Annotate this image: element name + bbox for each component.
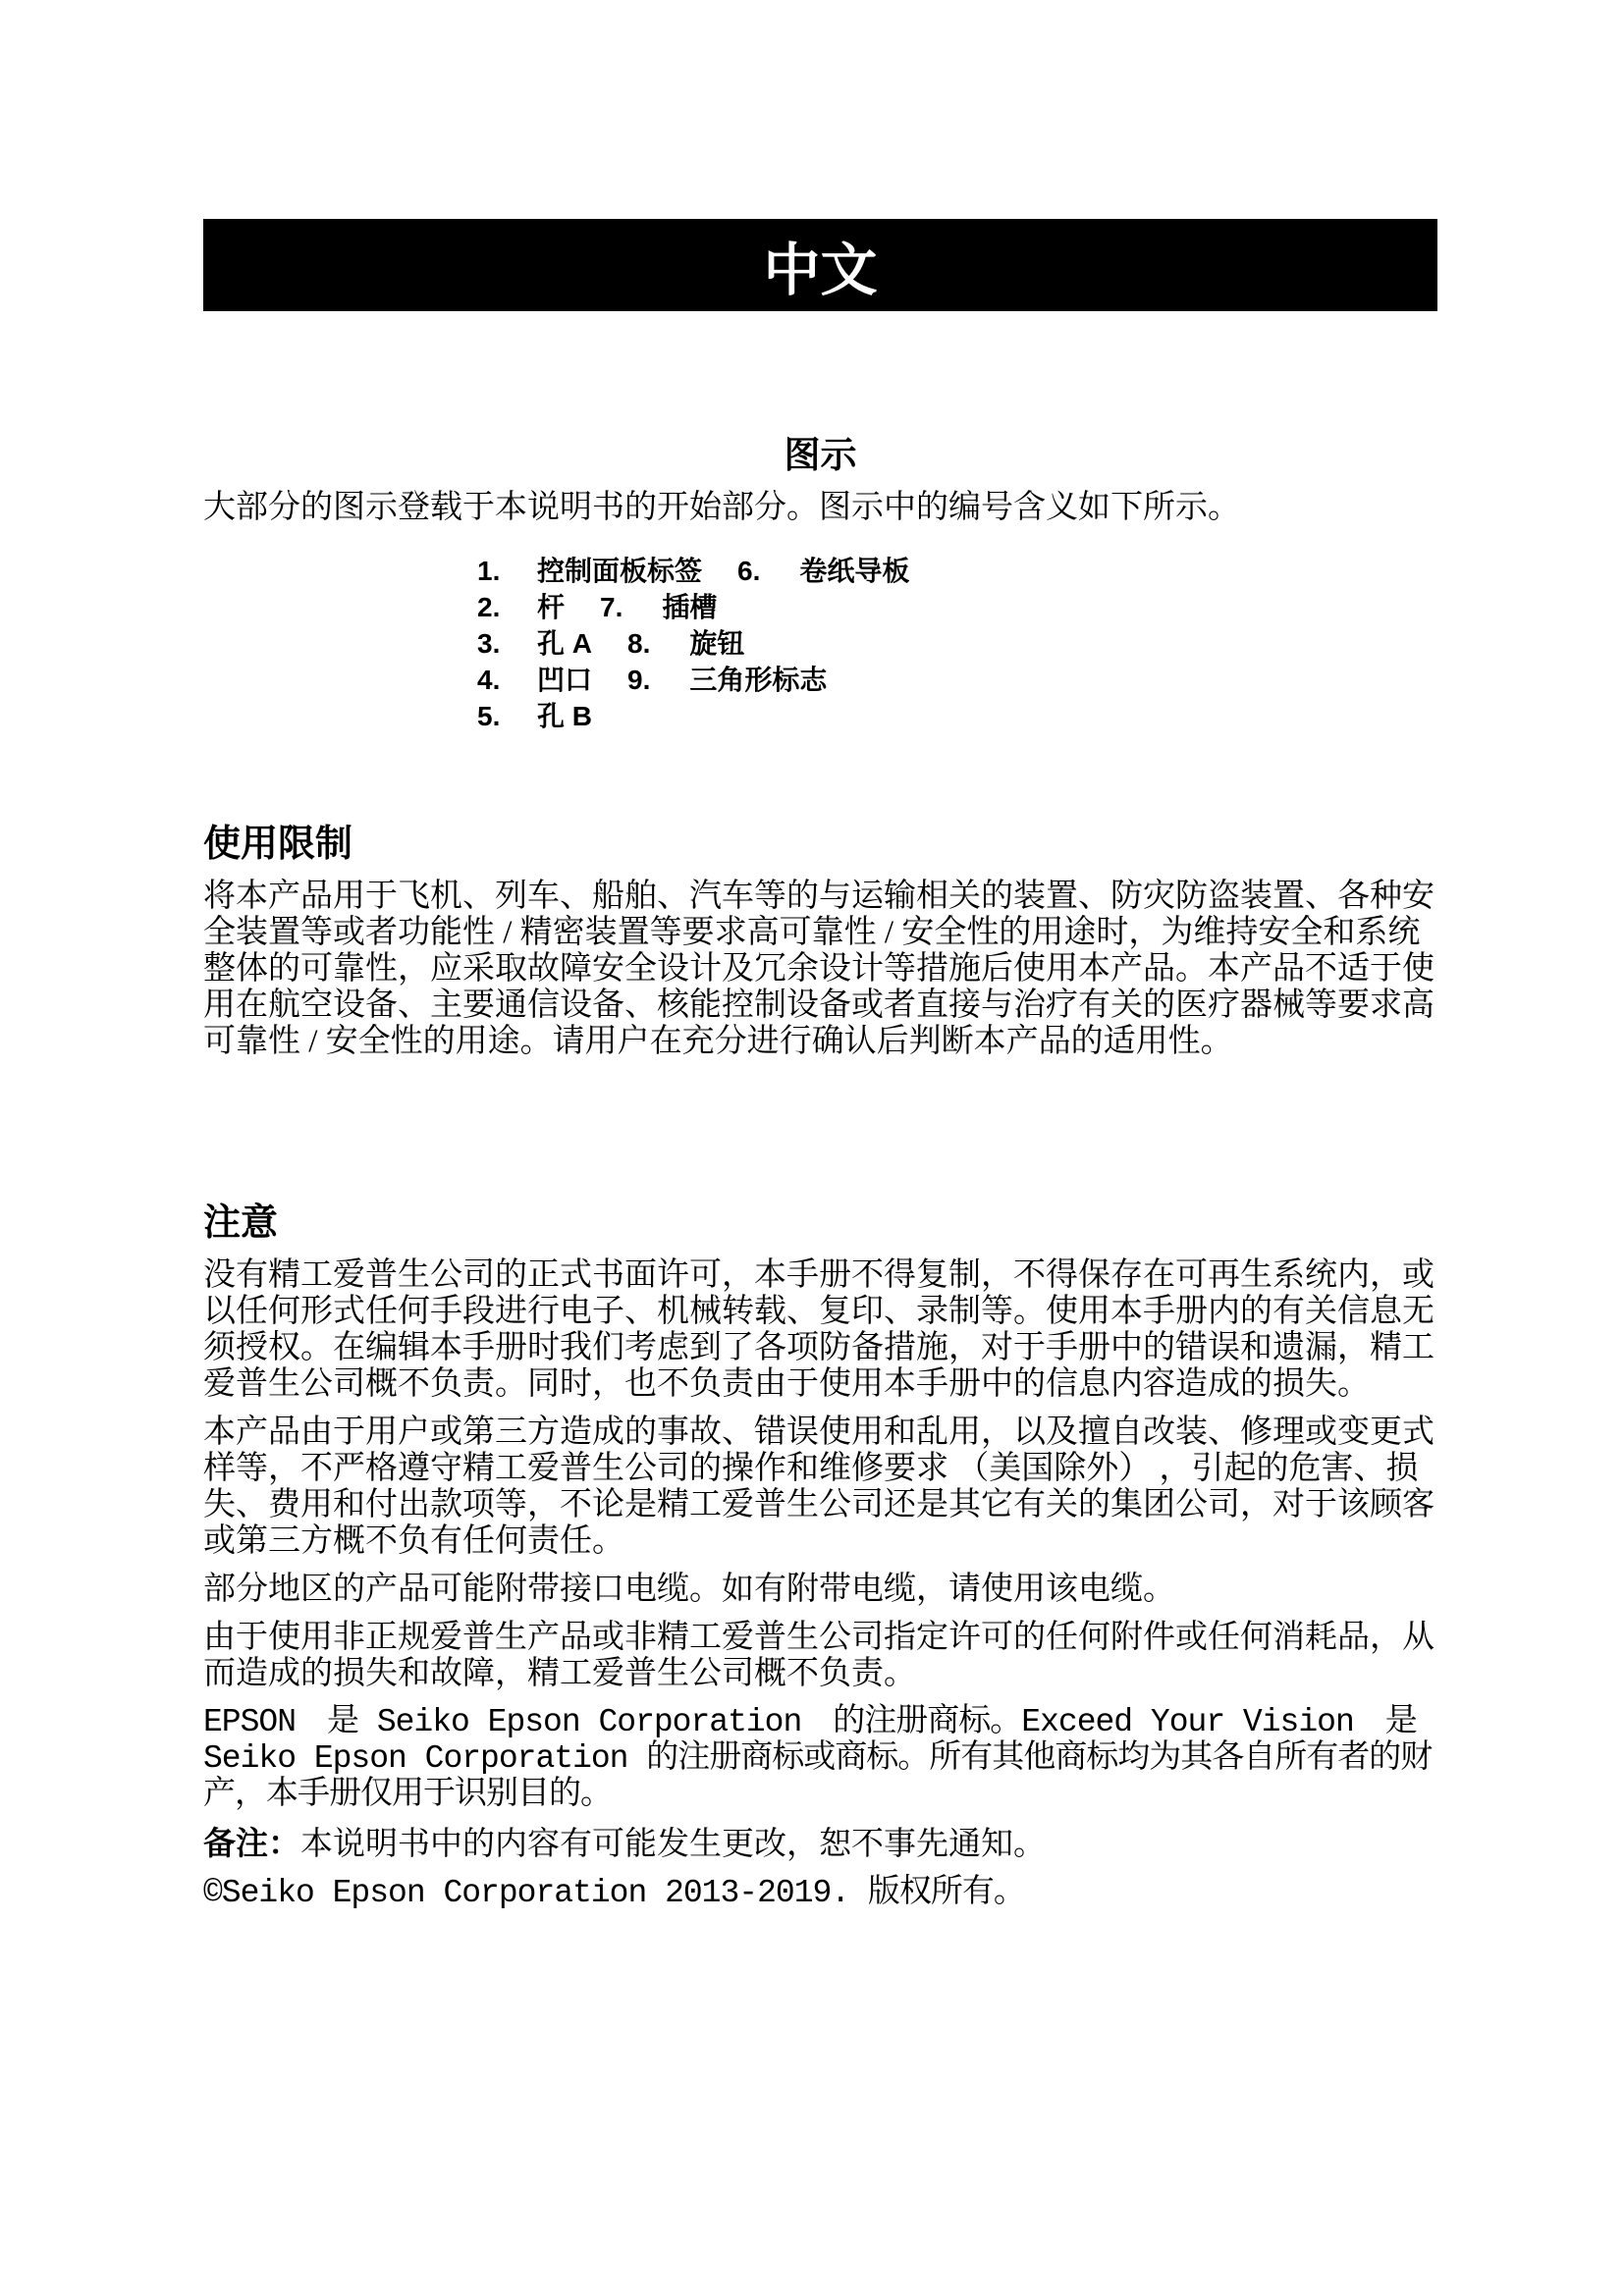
illustrations-heading: 图示 [203,435,1437,476]
usage-restriction-body: 将本产品用于飞机、列车、船舶、汽车等的与运输相关的装置、防灾防盗装置、各种安全装… [203,879,1437,1060]
list-item: 2.杆7.插槽 [477,589,1437,625]
list-item: 4.凹口9.三角形标志 [477,662,1437,698]
list-item: 5.孔 B [477,698,1437,734]
list-item-number: 8. [627,625,650,662]
list-item: 3.孔 A8.旋钮 [477,625,1437,662]
list-item-number: 2. [477,589,537,625]
note-line: 备注：本说明书中的内容有可能发生更改，恕不事先通知。 [203,1825,1437,1863]
usage-restriction-heading: 使用限制 [203,823,1437,867]
illustrations-intro: 大部分的图示登载于本说明书的开始部分。图示中的编号含义如下所示。 [203,490,1437,526]
notice-paragraph: 本产品由于用户或第三方造成的事故、错误使用和乱用，以及擅自改装、修理或变更式样等… [203,1415,1437,1560]
list-item-label: 凹口 [537,665,592,695]
list-item-label: 孔 A [537,628,592,659]
list-item-number: 6. [737,553,760,589]
illustrations-list: 1.控制面板标签6.卷纸导板 2.杆7.插槽 3.孔 A8.旋钮 4.凹口9.三… [477,553,1437,734]
manual-page: 中文 图示 大部分的图示登载于本说明书的开始部分。图示中的编号含义如下所示。 1… [0,0,1624,2296]
language-banner: 中文 [203,219,1437,311]
list-item-number: 3. [477,625,537,662]
list-item-label: 控制面板标签 [537,556,702,586]
list-item-number: 1. [477,553,537,589]
copyright-line: ©Seiko Epson Corporation 2013-2019. 版权所有… [203,1875,1437,1911]
list-item-label: 旋钮 [689,625,744,662]
list-item-label: 卷纸导板 [799,553,909,589]
list-item-label: 插槽 [662,589,717,625]
note-text: 本说明书中的内容有可能发生更改，恕不事先通知。 [300,1827,1046,1862]
note-label: 备注： [203,1825,300,1861]
notice-heading: 注意 [203,1201,1437,1246]
list-item-number: 4. [477,662,537,698]
list-item-label: 孔 B [537,701,592,731]
list-item-label: 杆 [537,592,565,622]
page-content: 中文 图示 大部分的图示登载于本说明书的开始部分。图示中的编号含义如下所示。 1… [203,219,1437,1911]
notice-paragraph: 由于使用非正规爱普生产品或非精工爱普生公司指定许可的任何附件或任何消耗品，从而造… [203,1620,1437,1692]
notice-paragraph: 部分地区的产品可能附带接口电缆。如有附带电缆，请使用该电缆。 [203,1572,1437,1608]
list-item-number: 9. [627,662,650,698]
list-item-number: 7. [600,589,623,625]
list-item: 1.控制面板标签6.卷纸导板 [477,553,1437,589]
list-item-label: 三角形标志 [689,662,827,698]
trademark-paragraph: EPSON 是 Seiko Epson Corporation 的注册商标。Ex… [203,1704,1437,1813]
list-item-number: 5. [477,698,537,734]
language-banner-title: 中文 [763,224,877,306]
notice-paragraph: 没有精工爱普生公司的正式书面许可，本手册不得复制，不得保存在可再生系统内，或以任… [203,1257,1437,1403]
